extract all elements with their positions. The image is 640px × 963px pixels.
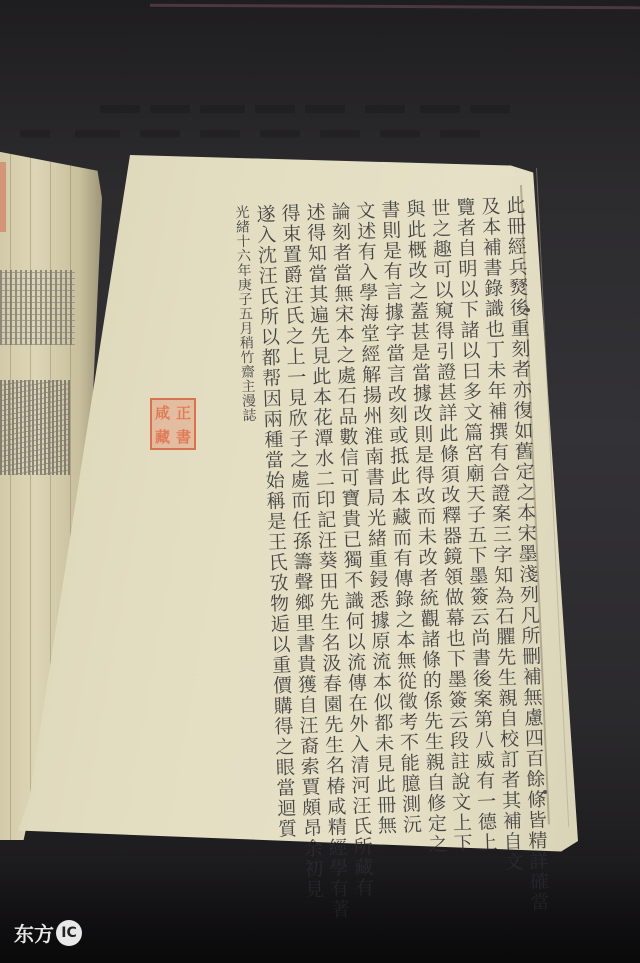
- watermark-text: 东方: [14, 918, 54, 947]
- landscape-illustration: [0, 270, 75, 345]
- seal-character: 正: [173, 400, 194, 424]
- seal-character: 咸: [152, 400, 173, 424]
- red-annotation-mark: [0, 162, 6, 232]
- bottom-shadow: [0, 860, 640, 963]
- seal-character: 藏: [152, 424, 173, 448]
- watermark-logo: 东方 IC: [14, 918, 82, 947]
- red-seal-stamp: 咸 正 藏 書: [150, 398, 196, 450]
- seal-character: 書: [173, 424, 194, 448]
- background-blurred-text: [0, 95, 640, 155]
- display-case-edge: [150, 4, 640, 10]
- vertical-text-block: 此冊經兵燹後重刻者亦復如舊定之本宋墨淺列凡所刪補無慮四百餘條皆精詳確當 及本補書…: [195, 195, 546, 826]
- ic-badge-icon: IC: [56, 920, 82, 946]
- landscape-illustration: [0, 380, 70, 475]
